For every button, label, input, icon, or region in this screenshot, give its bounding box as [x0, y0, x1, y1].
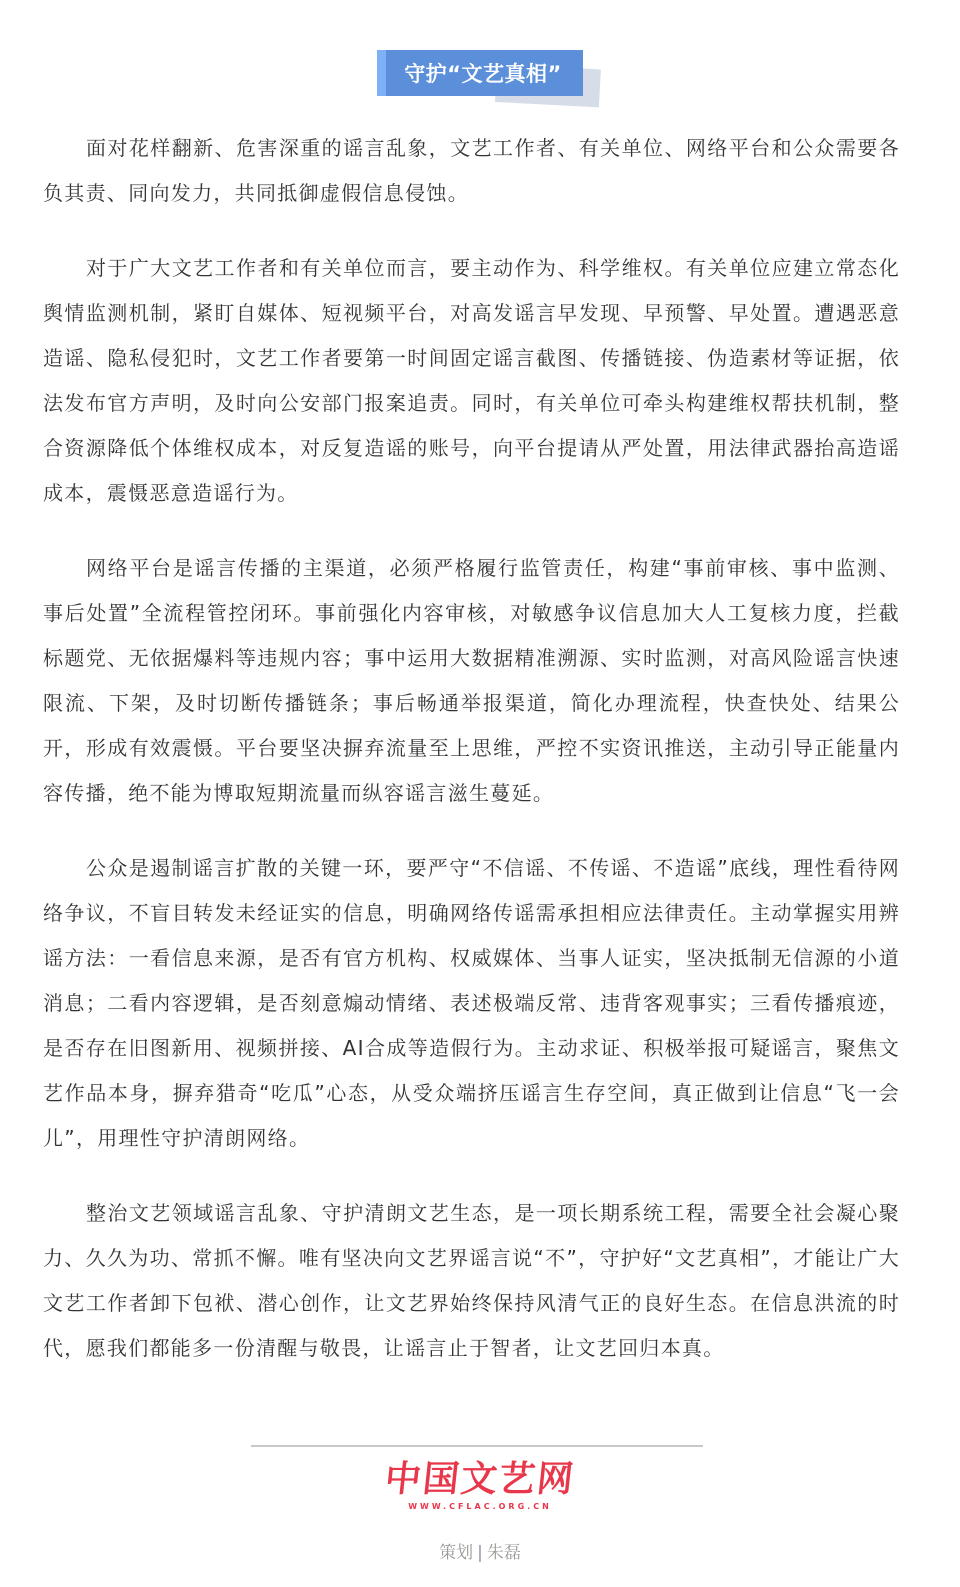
- logo-url: WWW.CFLAC.ORG.CN: [380, 1502, 580, 1511]
- footer-divider: [251, 1445, 703, 1447]
- paragraph-5: 整治文艺领域谣言乱象、守护清朗文艺生态，是一项长期系统工程，需要全社会凝心聚力、…: [43, 1191, 900, 1371]
- credit-label: 策划: [439, 1543, 473, 1563]
- paragraph-3: 网络平台是谣言传播的主渠道，必须严格履行监管责任，构建“事前审核、事中监测、事后…: [43, 546, 900, 816]
- paragraph-4: 公众是遏制谣言扩散的关键一环，要严守“不信谣、不传谣、不造谣”底线，理性看待网络…: [43, 846, 900, 1161]
- title-banner: 守护“文艺真相”: [377, 50, 583, 96]
- article-body: 面对花样翻新、危害深重的谣言乱象，文艺工作者、有关单位、网络平台和公众需要各负其…: [43, 126, 900, 1401]
- cflac-logo: 中国文艺网 WWW.CFLAC.ORG.CN: [380, 1458, 580, 1511]
- paragraph-2: 对于广大文艺工作者和有关单位而言，要主动作为、科学维权。有关单位应建立常态化舆情…: [43, 246, 900, 516]
- section-title: 守护“文艺真相”: [398, 58, 562, 88]
- banner-body: 守护“文艺真相”: [377, 50, 583, 96]
- credit-separator: |: [477, 1543, 483, 1563]
- banner-accent-stripe: [377, 50, 386, 96]
- credit-name: 朱磊: [487, 1543, 521, 1563]
- logo-text: 中国文艺网: [378, 1458, 582, 1500]
- paragraph-1: 面对花样翻新、危害深重的谣言乱象，文艺工作者、有关单位、网络平台和公众需要各负其…: [43, 126, 900, 216]
- credit-line: 策划|朱磊: [0, 1538, 960, 1563]
